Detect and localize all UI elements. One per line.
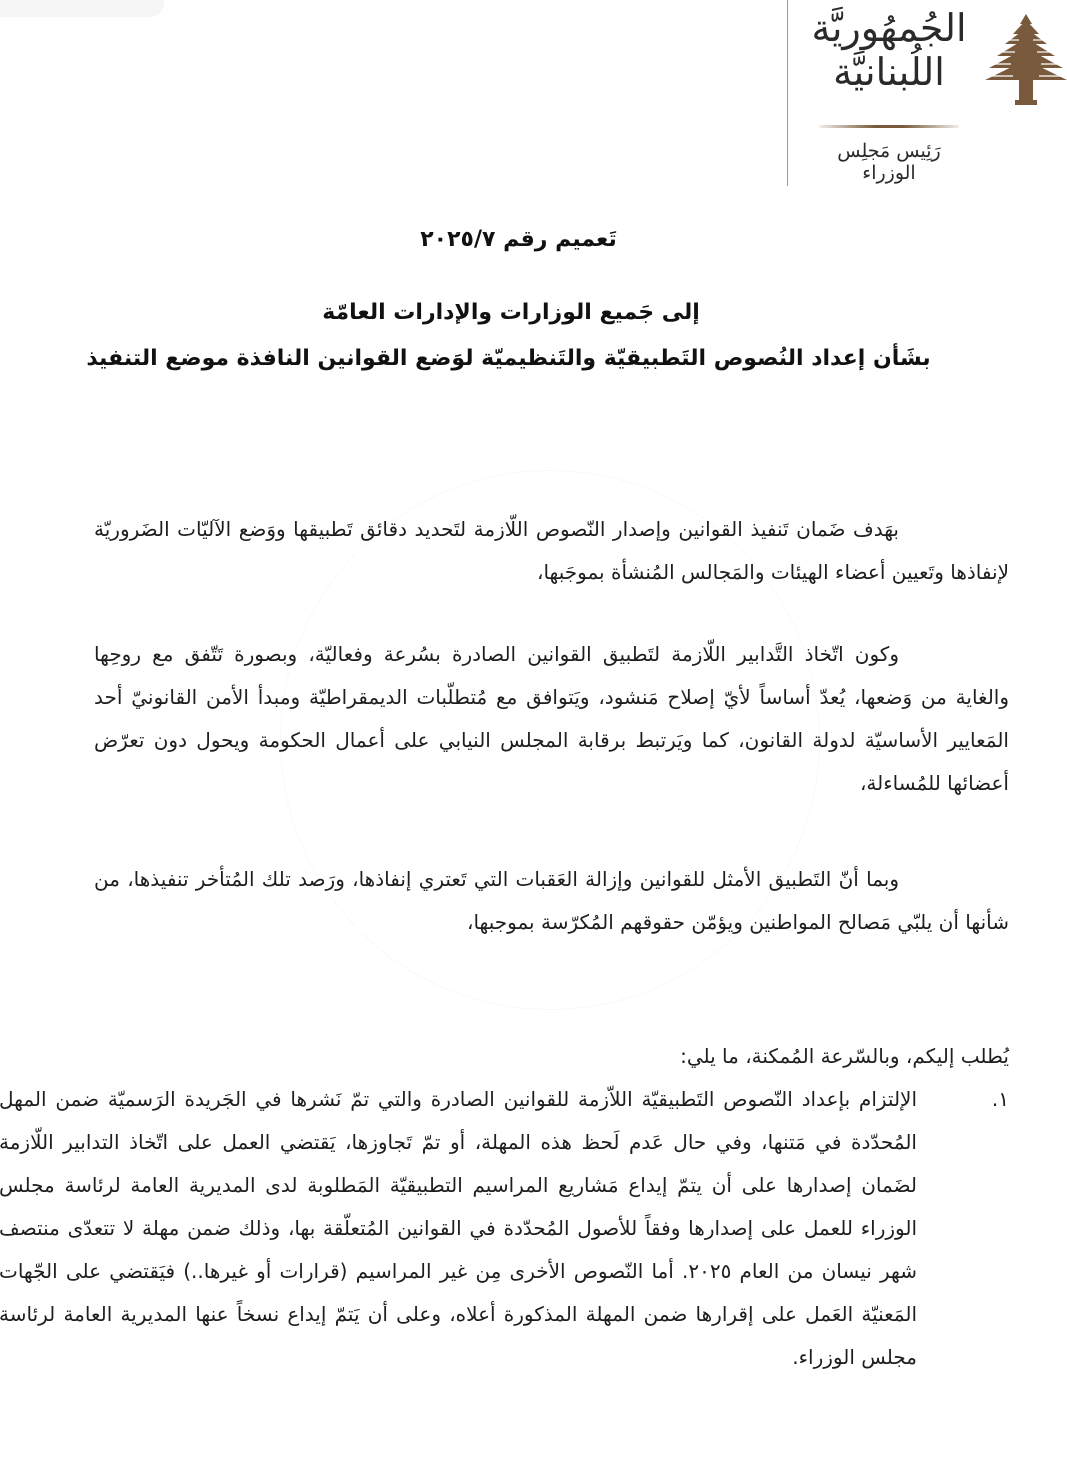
cedar-tree-icon bbox=[985, 10, 1067, 110]
republic-line-2: اللُبنانيَّة bbox=[809, 50, 969, 94]
addressee: إلى جَميع الوزارات والإدارات العامّة bbox=[0, 300, 1067, 325]
office-title: رَئِيس مَجلِس الوزراء bbox=[809, 140, 969, 184]
circular-number: تَعميم رقم ٢٠٢٥/٧ bbox=[0, 227, 1067, 252]
paragraph-3-text: وبما أنّ التَطبيق الأمثل للقوانين وإزالة… bbox=[94, 867, 1009, 934]
republic-name: الجُمهُوريَّة اللُبنانيَّة bbox=[809, 6, 969, 94]
paragraph-2: وكون اتّخاذ التَّدابير اللّازمة لتَطبيق … bbox=[94, 633, 1009, 805]
browser-tab-remnant bbox=[0, 0, 164, 17]
paragraph-1: بهَدف ضَمان تَنفيذ القوانين وإصدار النّص… bbox=[94, 508, 1009, 594]
paragraph-2-text: وكون اتّخاذ التَّدابير اللّازمة لتَطبيق … bbox=[94, 642, 1009, 795]
request-intro: يُطلب إليكم، وبالسّرعة المُمكنة، ما يلي: bbox=[69, 1035, 1009, 1078]
list-item: ١. الإلتزام بإعداد النّصوص التَطبيقيّة ا… bbox=[0, 1078, 1009, 1379]
request-list: ١. الإلتزام بإعداد النّصوص التَطبيقيّة ا… bbox=[0, 1078, 1009, 1379]
list-text: الإلتزام بإعداد النّصوص التَطبيقيّة اللا… bbox=[0, 1078, 917, 1379]
letterhead-divider bbox=[787, 0, 788, 186]
subject-line: بشَأن إعداد النُصوص التَطبيقيّة والتَنظي… bbox=[0, 346, 1067, 371]
list-number: ١. bbox=[917, 1078, 1009, 1379]
paragraph-1-text: بهَدف ضَمان تَنفيذ القوانين وإصدار النّص… bbox=[94, 517, 1009, 584]
paragraph-3: وبما أنّ التَطبيق الأمثل للقوانين وإزالة… bbox=[94, 858, 1009, 944]
letterhead-rule bbox=[819, 125, 959, 128]
letterhead: الجُمهُوريَّة اللُبنانيَّة رَئِيس مَجلِس… bbox=[777, 0, 1067, 190]
republic-line-1: الجُمهُوريَّة bbox=[809, 6, 969, 50]
